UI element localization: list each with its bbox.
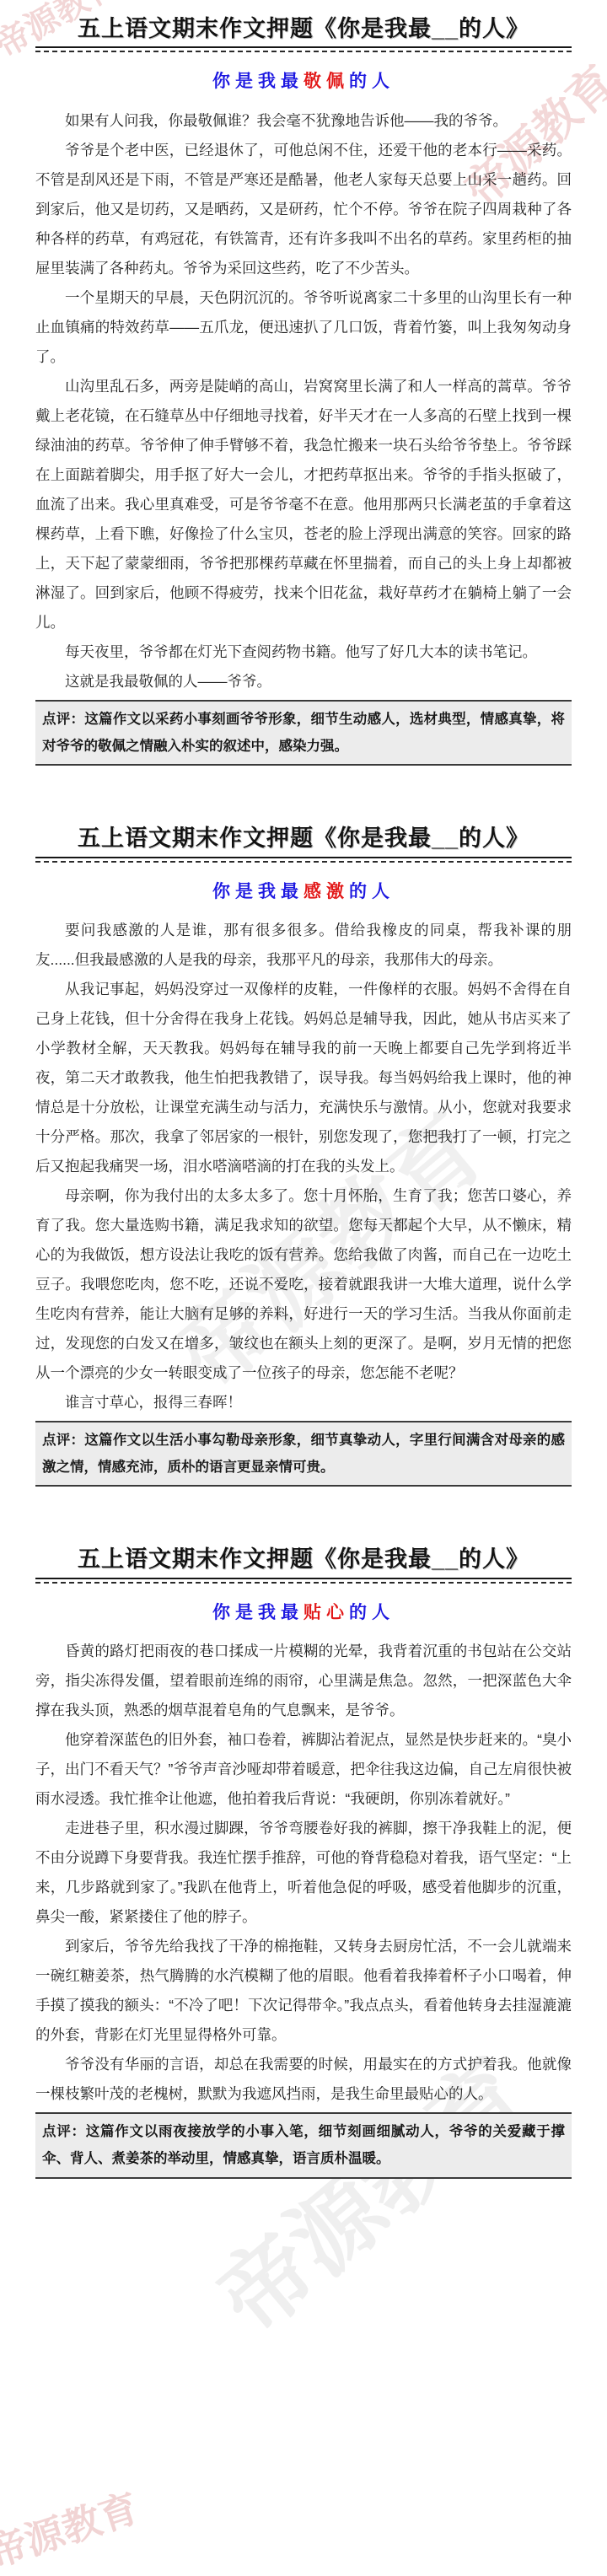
essay-paragraph: 昏黄的路灯把雨夜的巷口揉成一片模糊的光晕，我背着沉重的书包站在公交站旁，指尖冻得… bbox=[35, 1637, 572, 1725]
section-title: 五上语文期末作文押题《你是我最__的人》 bbox=[35, 1544, 572, 1574]
essay-paragraph: 他穿着深蓝色的旧外套，袖口卷着，裤脚沾着泥点，显然是快步赶来的。“臭小子，出门不… bbox=[35, 1725, 572, 1814]
section-title-block: 五上语文期末作文押题《你是我最__的人》 bbox=[35, 1544, 572, 1578]
teacher-comment: 点评：这篇作文以采药小事刻画爷爷形象，细节生动感人，选材典型，情感真挚，将对爷爷… bbox=[35, 700, 572, 766]
essay-paragraph: 走进巷子里，积水漫过脚踝，爷爷弯腰卷好我的裤脚，擦干净我鞋上的泥，便不由分说蹲下… bbox=[35, 1814, 572, 1932]
essay-paragraph: 爷爷是个老中医，已经退休了，可他总闲不住，还爱干他的老本行——采药。不管是刮风还… bbox=[35, 136, 572, 283]
subtitle-prefix: 你是我最 bbox=[212, 1603, 303, 1622]
essay-paragraph: 这就是我最敬佩的人——爷爷。 bbox=[35, 667, 572, 696]
watermark-text: 帝源教育 bbox=[0, 2477, 145, 2576]
section-title-block: 五上语文期末作文押题《你是我最__的人》 bbox=[35, 13, 572, 48]
section-title-block: 五上语文期末作文押题《你是我最__的人》 bbox=[35, 823, 572, 858]
subtitle-suffix: 的人 bbox=[349, 72, 395, 91]
title-dashed-divider bbox=[35, 861, 572, 863]
essay-paragraph: 母亲啊，你为我付出的太多太多了。您十月怀胎，生育了我；您苦口婆心，养育了我。您大… bbox=[35, 1181, 572, 1388]
document-page: 帝源教育 帝源教育 帝源教育 帝源教育 帝源教育 五上语文期末作文押题《你是我最… bbox=[0, 0, 607, 2576]
essay-paragraph: 爷爷没有华丽的言语，却总在我需要的时候，用最实在的方式护着我。他就像一棵枝繁叶茂… bbox=[35, 2050, 572, 2109]
essay-paragraph: 山沟里乱石多，两旁是陡峭的高山，岩窝窝里长满了和人一样高的蒿草。爷爷戴上老花镜，… bbox=[35, 372, 572, 637]
essay-section-3: 五上语文期末作文押题《你是我最__的人》 你是我最贴心的人 昏黄的路灯把雨夜的巷… bbox=[35, 1544, 572, 2178]
section-title: 五上语文期末作文押题《你是我最__的人》 bbox=[35, 823, 572, 853]
teacher-comment: 点评：这篇作文以生活小事勾勒母亲形象，细节真挚动人，字里行间满含对母亲的感激之情… bbox=[35, 1421, 572, 1487]
subtitle-highlight: 感激 bbox=[303, 882, 349, 901]
title-dashed-divider bbox=[35, 51, 572, 52]
essay-subtitle: 你是我最敬佩的人 bbox=[35, 69, 572, 94]
subtitle-prefix: 你是我最 bbox=[212, 72, 303, 91]
essay-subtitle: 你是我最贴心的人 bbox=[35, 1600, 572, 1625]
essay-paragraph: 谁言寸草心，报得三春晖！ bbox=[35, 1388, 572, 1417]
subtitle-highlight: 贴心 bbox=[303, 1603, 349, 1622]
essay-paragraph: 从我记事起，妈妈没穿过一双像样的皮鞋，一件像样的衣服。妈妈不舍得在自己身上花钱，… bbox=[35, 975, 572, 1181]
essay-paragraph: 如果有人问我，你最敬佩谁？我会毫不犹豫地告诉他——我的爷爷。 bbox=[35, 106, 572, 136]
essay-subtitle: 你是我最感激的人 bbox=[35, 879, 572, 904]
subtitle-suffix: 的人 bbox=[349, 882, 395, 901]
teacher-comment: 点评：这篇作文以雨夜接放学的小事入笔，细节刻画细腻动人，爷爷的关爱藏于撑伞、背人… bbox=[35, 2112, 572, 2178]
essay-paragraph: 到家后，爷爷先给我找了干净的棉拖鞋，又转身去厨房忙活，不一会儿就端来一碗红糖姜茶… bbox=[35, 1932, 572, 2050]
essay-paragraph: 一个星期天的早晨，天色阴沉沉的。爷爷听说离家二十多里的山沟里长有一种止血镇痛的特… bbox=[35, 283, 572, 372]
subtitle-highlight: 敬佩 bbox=[303, 72, 349, 91]
subtitle-prefix: 你是我最 bbox=[212, 882, 303, 901]
essay-section-2: 五上语文期末作文押题《你是我最__的人》 你是我最感激的人 要问我感激的人是谁，… bbox=[35, 823, 572, 1487]
title-dashed-divider bbox=[35, 1582, 572, 1584]
section-title: 五上语文期末作文押题《你是我最__的人》 bbox=[35, 13, 572, 44]
essay-paragraph: 要问我感激的人是谁，那有很多很多。借给我橡皮的同桌，帮我补课的朋友......但… bbox=[35, 916, 572, 975]
subtitle-suffix: 的人 bbox=[349, 1603, 395, 1622]
essay-paragraph: 每天夜里，爷爷都在灯光下查阅药物书籍。他写了好几大本的读书笔记。 bbox=[35, 637, 572, 667]
essay-section-1: 五上语文期末作文押题《你是我最__的人》 你是我最敬佩的人 如果有人问我，你最敬… bbox=[35, 13, 572, 766]
